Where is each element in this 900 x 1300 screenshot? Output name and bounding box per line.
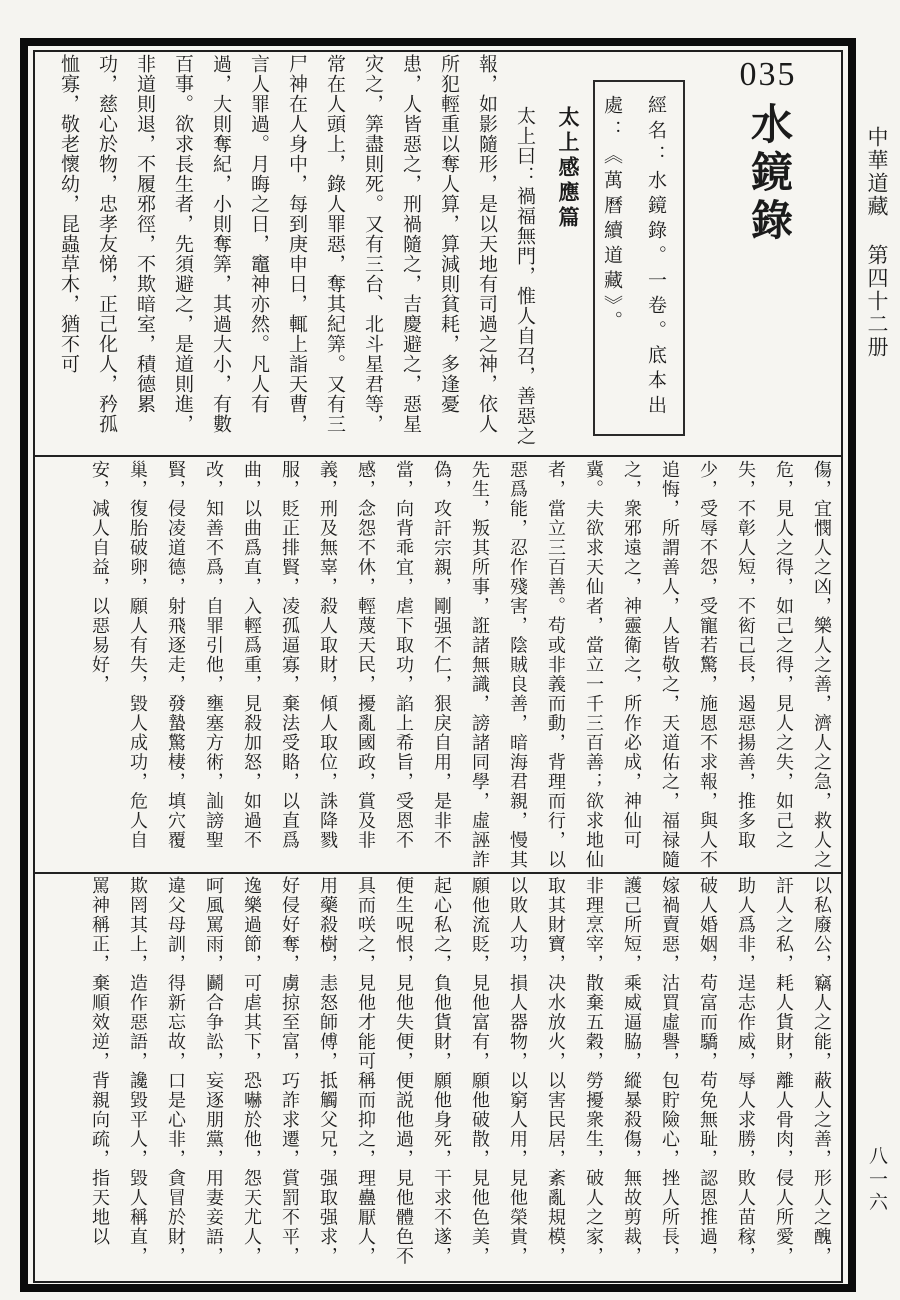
colophon-box-wrap: 經名：水鏡錄。一卷。底本出處：《萬曆續道藏》。 bbox=[583, 54, 695, 453]
document-number: 035 bbox=[695, 56, 841, 94]
collection-title-label: 中華道藏 bbox=[865, 126, 889, 218]
document-title-group: 035 水鏡錄 bbox=[695, 54, 841, 453]
colophon-text: 經名：水鏡錄。一卷。底本出處：《萬曆續道藏》。 bbox=[595, 82, 683, 434]
colophon-box: 經名：水鏡錄。一卷。底本出處：《萬曆續道藏》。 bbox=[593, 80, 685, 436]
register-divider-1 bbox=[35, 455, 841, 457]
scanned-page: 中華道藏 第四十二册 八一六 035 水鏡錄 經名：水鏡錄。一卷。底本出處：《萬… bbox=[0, 0, 900, 1300]
body-text-bottom: 以私廢公，竊人之能，蔽人之善，形人之醜，訐人之私，耗人貨財，離人骨肉，侵人所愛，… bbox=[35, 876, 841, 1279]
body-text-middle: 傷，宜憫人之凶，樂人之善，濟人之急，救人之危，見人之得，如己之得，見人之失，如己… bbox=[35, 460, 841, 870]
register-bottom: 以私廢公，竊人之能，蔽人之善，形人之醜，訐人之私，耗人貨財，離人骨肉，侵人所愛，… bbox=[35, 876, 841, 1279]
register-top: 035 水鏡錄 經名：水鏡錄。一卷。底本出處：《萬曆續道藏》。 太上感應篇 太上… bbox=[35, 54, 841, 453]
section-heading: 太上感應篇 bbox=[543, 54, 583, 453]
document-title: 水鏡錄 bbox=[738, 102, 798, 246]
volume-margin-label: 中華道藏 第四十二册 bbox=[856, 126, 892, 686]
folio-page-number: 八一六 bbox=[860, 1146, 890, 1266]
volume-number-label: 第四十二册 bbox=[865, 244, 889, 359]
page-content: 035 水鏡錄 經名：水鏡錄。一卷。底本出處：《萬曆續道藏》。 太上感應篇 太上… bbox=[35, 52, 841, 1281]
register-divider-2 bbox=[35, 872, 841, 874]
register-middle: 傷，宜憫人之凶，樂人之善，濟人之急，救人之危，見人之得，如己之得，見人之失，如己… bbox=[35, 460, 841, 870]
register-top-flow: 035 水鏡錄 經名：水鏡錄。一卷。底本出處：《萬曆續道藏》。 太上感應篇 太上… bbox=[35, 54, 841, 453]
body-text-top: 太上曰：禍福無門，惟人自召，善惡之報，如影隨形，是以天地有司過之神，依人所犯輕重… bbox=[35, 54, 543, 453]
